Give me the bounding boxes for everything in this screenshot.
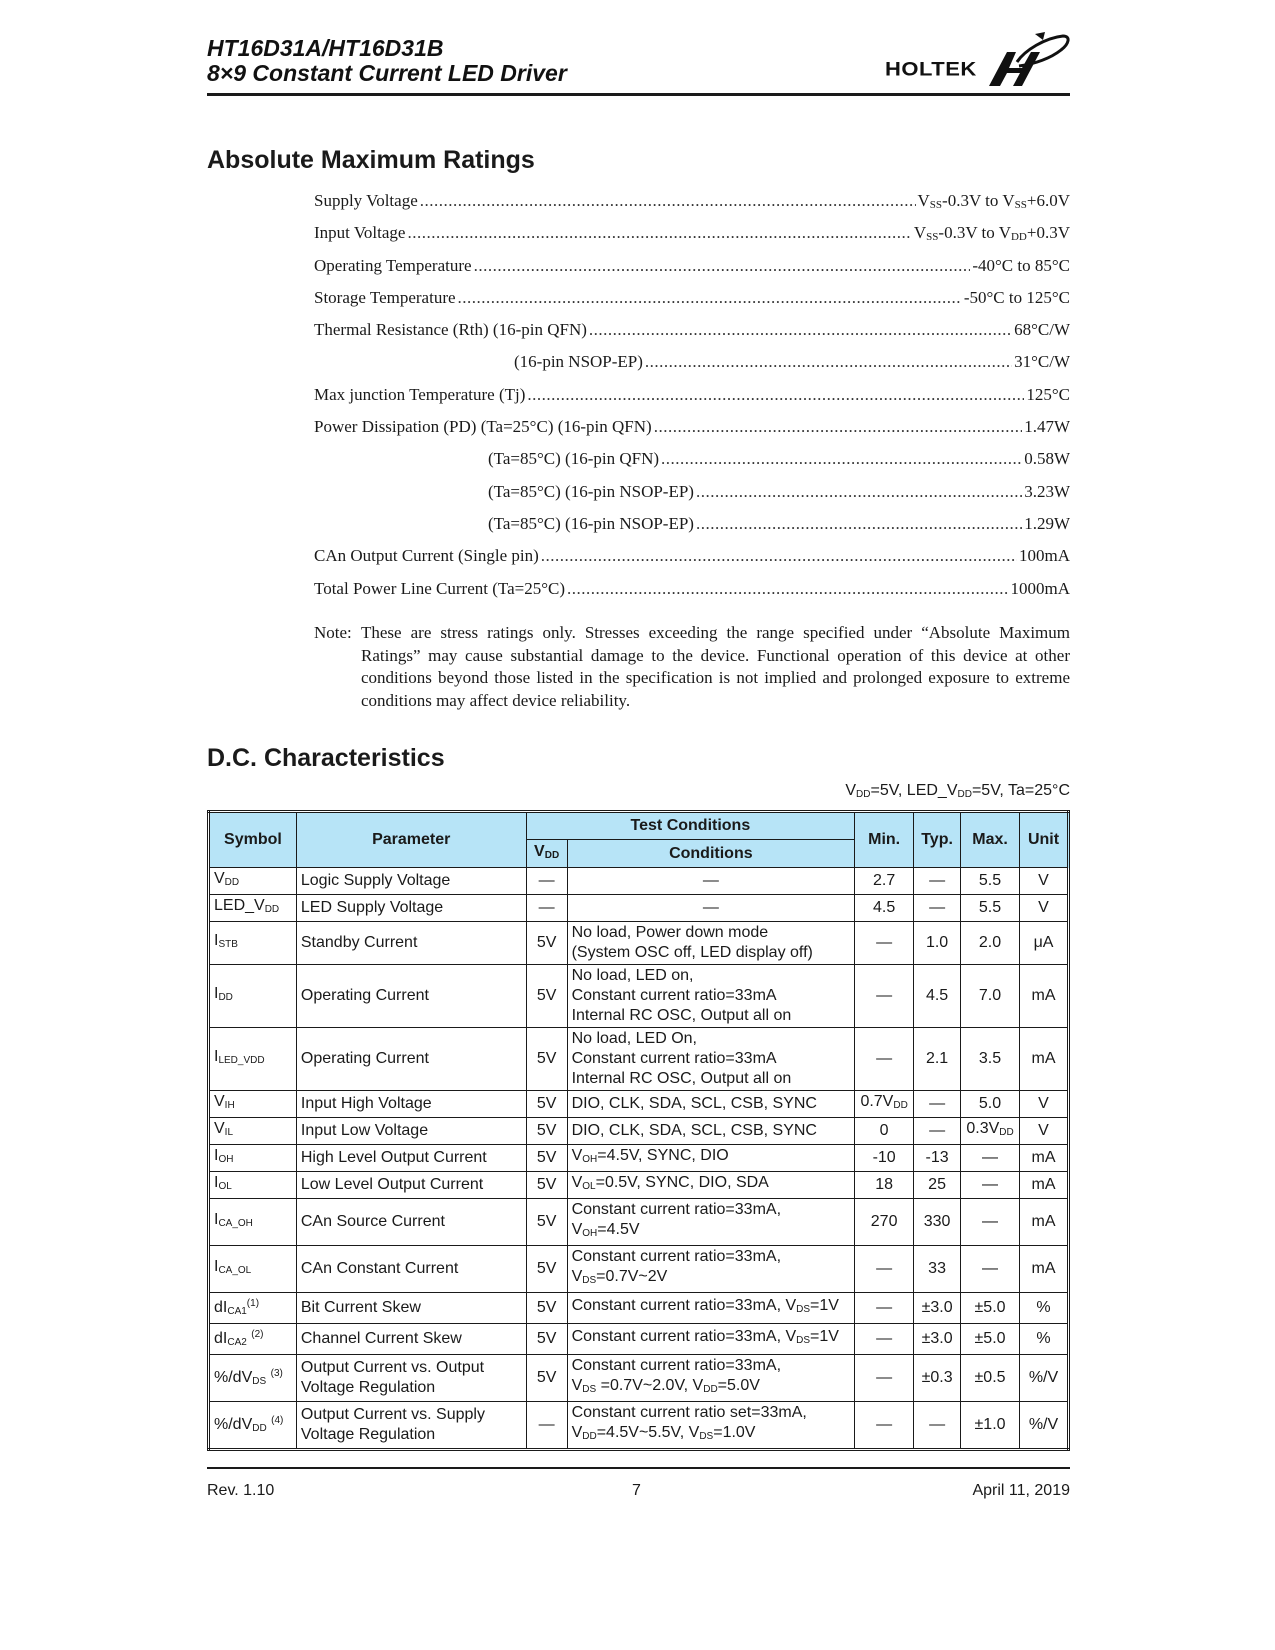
holtek-emblem-icon bbox=[885, 28, 1070, 90]
cell-max: 5.5 bbox=[961, 895, 1020, 922]
rating-value: 3.23W bbox=[1022, 476, 1070, 508]
cell-vdd: — bbox=[526, 895, 567, 922]
rating-label: Thermal Resistance (Rth) (16-pin QFN) bbox=[314, 314, 589, 346]
cell-min: -10 bbox=[855, 1145, 914, 1172]
rating-value: 125°C bbox=[1024, 379, 1070, 411]
col-header-max: Max. bbox=[961, 812, 1020, 868]
note-label: Note: bbox=[314, 622, 361, 645]
rating-row: Max junction Temperature (Tj) 125°C bbox=[314, 379, 1070, 411]
col-header-symbol: Symbol bbox=[209, 812, 297, 868]
cell-min: — bbox=[855, 1293, 914, 1324]
rating-label: (Ta=85°C) (16-pin NSOP-EP) bbox=[488, 508, 696, 540]
table-row: ISTBStandby Current5VNo load, Power down… bbox=[209, 922, 1069, 965]
cell-min: — bbox=[855, 922, 914, 965]
cell-conditions: DIO, CLK, SDA, SCL, CSB, SYNC bbox=[567, 1091, 855, 1118]
cell-symbol: IDD bbox=[209, 965, 297, 1028]
cell-max: — bbox=[961, 1199, 1020, 1246]
cell-max: 5.0 bbox=[961, 1091, 1020, 1118]
cell-typ: 4.5 bbox=[914, 965, 961, 1028]
cell-conditions: DIO, CLK, SDA, SCL, CSB, SYNC bbox=[567, 1118, 855, 1145]
cell-max: 3.5 bbox=[961, 1028, 1020, 1091]
table-row: dICA1(1)Bit Current Skew5VConstant curre… bbox=[209, 1293, 1069, 1324]
cell-vdd: 5V bbox=[526, 1246, 567, 1293]
cell-max: — bbox=[961, 1246, 1020, 1293]
cell-symbol: LED_VDD bbox=[209, 895, 297, 922]
cell-vdd: 5V bbox=[526, 965, 567, 1028]
col-header-unit: Unit bbox=[1020, 812, 1069, 868]
cell-parameter: CAn Constant Current bbox=[296, 1246, 526, 1293]
rating-label: Storage Temperature bbox=[314, 282, 458, 314]
dc-characteristics-table: Symbol Parameter Test Conditions Min. Ty… bbox=[207, 810, 1070, 1451]
cell-typ: 33 bbox=[914, 1246, 961, 1293]
cell-min: 2.7 bbox=[855, 868, 914, 895]
cell-unit: μA bbox=[1020, 922, 1069, 965]
cell-typ: 25 bbox=[914, 1172, 961, 1199]
dot-leader bbox=[567, 573, 1009, 605]
cell-min: 18 bbox=[855, 1172, 914, 1199]
cell-vdd: 5V bbox=[526, 1199, 567, 1246]
rating-row: (Ta=85°C) (16-pin NSOP-EP)1.29W bbox=[314, 508, 1070, 540]
cell-max: 0.3VDD bbox=[961, 1118, 1020, 1145]
dot-leader bbox=[661, 443, 1022, 475]
rating-label: Supply Voltage bbox=[314, 185, 420, 217]
cell-vdd: 5V bbox=[526, 922, 567, 965]
cell-min: — bbox=[855, 1402, 914, 1450]
cell-typ: — bbox=[914, 1402, 961, 1450]
abs-max-note: Note: These are stress ratings only. Str… bbox=[314, 622, 1070, 712]
cell-parameter: Bit Current Skew bbox=[296, 1293, 526, 1324]
rating-label: Input Voltage bbox=[314, 217, 407, 249]
cell-vdd: 5V bbox=[526, 1324, 567, 1355]
holtek-logo: HOLTEK bbox=[885, 28, 1070, 90]
rating-label: (Ta=85°C) (16-pin QFN) bbox=[488, 443, 661, 475]
cell-typ: — bbox=[914, 1091, 961, 1118]
cell-conditions: Constant current ratio set=33mA,VDD=4.5V… bbox=[567, 1402, 855, 1450]
rating-value: -50°C to 125°C bbox=[962, 282, 1070, 314]
table-row: dICA2 (2)Channel Current Skew5VConstant … bbox=[209, 1324, 1069, 1355]
cell-vdd: 5V bbox=[526, 1145, 567, 1172]
rating-row: Storage Temperature -50°C to 125°C bbox=[314, 282, 1070, 314]
dot-leader bbox=[696, 476, 1022, 508]
cell-vdd: — bbox=[526, 868, 567, 895]
rating-row: (Ta=85°C) (16-pin QFN) 0.58W bbox=[314, 443, 1070, 475]
rating-value: VSS-0.3V to VDD+0.3V bbox=[912, 217, 1070, 249]
cell-parameter: LED Supply Voltage bbox=[296, 895, 526, 922]
rating-value: VSS-0.3V to VSS+6.0V bbox=[916, 185, 1070, 217]
cell-typ: — bbox=[914, 868, 961, 895]
cell-max: — bbox=[961, 1172, 1020, 1199]
dc-test-conditions: VDD=5V, LED_VDD=5V, Ta=25°C bbox=[845, 782, 1070, 800]
cell-max: 2.0 bbox=[961, 922, 1020, 965]
cell-typ: — bbox=[914, 895, 961, 922]
cell-unit: % bbox=[1020, 1293, 1069, 1324]
col-header-typ: Typ. bbox=[914, 812, 961, 868]
table-row: VDDLogic Supply Voltage——2.7—5.5V bbox=[209, 868, 1069, 895]
cell-conditions: — bbox=[567, 895, 855, 922]
table-row: ICA_OLCAn Constant Current5VConstant cur… bbox=[209, 1246, 1069, 1293]
rating-row: (16-pin NSOP-EP) 31°C/W bbox=[314, 346, 1070, 378]
cell-conditions: No load, Power down mode(System OSC off,… bbox=[567, 922, 855, 965]
cell-typ: ±3.0 bbox=[914, 1324, 961, 1355]
cell-min: — bbox=[855, 1355, 914, 1402]
dot-leader bbox=[696, 508, 1022, 540]
cell-vdd: — bbox=[526, 1402, 567, 1450]
dot-leader bbox=[527, 379, 1024, 411]
rating-row: Operating Temperature -40°C to 85°C bbox=[314, 250, 1070, 282]
cell-min: 270 bbox=[855, 1199, 914, 1246]
cell-vdd: 5V bbox=[526, 1091, 567, 1118]
cell-symbol: VIH bbox=[209, 1091, 297, 1118]
rating-row: Total Power Line Current (Ta=25°C) 1000m… bbox=[314, 573, 1070, 605]
rating-row: Thermal Resistance (Rth) (16-pin QFN) 68… bbox=[314, 314, 1070, 346]
cell-vdd: 5V bbox=[526, 1355, 567, 1402]
dot-leader bbox=[420, 185, 916, 217]
dot-leader bbox=[474, 250, 971, 282]
cell-min: 4.5 bbox=[855, 895, 914, 922]
rating-label: (Ta=85°C) (16-pin NSOP-EP) bbox=[488, 476, 696, 508]
table-row: ILED_VDDOperating Current5VNo load, LED … bbox=[209, 1028, 1069, 1091]
cell-unit: mA bbox=[1020, 1028, 1069, 1091]
rating-value: 31°C/W bbox=[1012, 346, 1070, 378]
col-header-conditions: Conditions bbox=[567, 840, 855, 868]
cell-conditions: VOL=0.5V, SYNC, DIO, SDA bbox=[567, 1172, 855, 1199]
cell-min: — bbox=[855, 965, 914, 1028]
cell-symbol: VIL bbox=[209, 1118, 297, 1145]
rating-value: 1.47W bbox=[1022, 411, 1070, 443]
cell-max: ±1.0 bbox=[961, 1402, 1020, 1450]
cell-unit: %/V bbox=[1020, 1402, 1069, 1450]
col-header-vdd: VDD bbox=[526, 840, 567, 868]
rating-row: Power Dissipation (PD) (Ta=25°C) (16-pin… bbox=[314, 411, 1070, 443]
rating-row: Input Voltage VSS-0.3V to VDD+0.3V bbox=[314, 217, 1070, 249]
cell-unit: mA bbox=[1020, 1145, 1069, 1172]
header-rule bbox=[207, 93, 1070, 96]
note-text: These are stress ratings only. Stresses … bbox=[361, 622, 1070, 712]
cell-vdd: 5V bbox=[526, 1118, 567, 1145]
cell-typ: 2.1 bbox=[914, 1028, 961, 1091]
table-row: IOHHigh Level Output Current5VVOH=4.5V, … bbox=[209, 1145, 1069, 1172]
cell-symbol: VDD bbox=[209, 868, 297, 895]
table-row: ICA_OHCAn Source Current5VConstant curre… bbox=[209, 1199, 1069, 1246]
cell-symbol: ISTB bbox=[209, 922, 297, 965]
cell-conditions: Constant current ratio=33mA, VDS=1V bbox=[567, 1324, 855, 1355]
cell-symbol: dICA2 (2) bbox=[209, 1324, 297, 1355]
cell-unit: V bbox=[1020, 1091, 1069, 1118]
cell-typ: 330 bbox=[914, 1199, 961, 1246]
cell-max: ±5.0 bbox=[961, 1293, 1020, 1324]
abs-max-ratings-list: Supply Voltage VSS-0.3V to VSS+6.0VInput… bbox=[314, 185, 1070, 605]
cell-max: ±0.5 bbox=[961, 1355, 1020, 1402]
rating-value: 0.58W bbox=[1022, 443, 1070, 475]
cell-vdd: 5V bbox=[526, 1293, 567, 1324]
cell-parameter: Low Level Output Current bbox=[296, 1172, 526, 1199]
cell-unit: mA bbox=[1020, 1246, 1069, 1293]
cell-parameter: Channel Current Skew bbox=[296, 1324, 526, 1355]
dot-leader bbox=[458, 282, 962, 314]
cell-unit: mA bbox=[1020, 1199, 1069, 1246]
cell-unit: mA bbox=[1020, 965, 1069, 1028]
cell-vdd: 5V bbox=[526, 1172, 567, 1199]
cell-symbol: ICA_OH bbox=[209, 1199, 297, 1246]
table-row: %/dVDS (3)Output Current vs. OutputVolta… bbox=[209, 1355, 1069, 1402]
cell-conditions: Constant current ratio=33mA,VDS=0.7V~2V bbox=[567, 1246, 855, 1293]
cell-typ: ±3.0 bbox=[914, 1293, 961, 1324]
cell-parameter: Input High Voltage bbox=[296, 1091, 526, 1118]
cell-conditions: Constant current ratio=33mA, VDS=1V bbox=[567, 1293, 855, 1324]
cell-unit: %/V bbox=[1020, 1355, 1069, 1402]
table-row: VIHInput High Voltage5VDIO, CLK, SDA, SC… bbox=[209, 1091, 1069, 1118]
cell-max: — bbox=[961, 1145, 1020, 1172]
cell-unit: mA bbox=[1020, 1172, 1069, 1199]
table-row: %/dVDD (4)Output Current vs. SupplyVolta… bbox=[209, 1402, 1069, 1450]
footer-date: April 11, 2019 bbox=[972, 1482, 1070, 1500]
table-row: VILInput Low Voltage5VDIO, CLK, SDA, SCL… bbox=[209, 1118, 1069, 1145]
rating-value: 100mA bbox=[1017, 540, 1070, 572]
table-row: IDDOperating Current5VNo load, LED on,Co… bbox=[209, 965, 1069, 1028]
cell-parameter: Logic Supply Voltage bbox=[296, 868, 526, 895]
footer-page-number: 7 bbox=[632, 1482, 641, 1500]
cell-unit: % bbox=[1020, 1324, 1069, 1355]
cell-conditions: Constant current ratio=33mA,VDS =0.7V~2.… bbox=[567, 1355, 855, 1402]
cell-parameter: Operating Current bbox=[296, 1028, 526, 1091]
dc-table-body: VDDLogic Supply Voltage——2.7—5.5VLED_VDD… bbox=[209, 868, 1069, 1450]
rating-row: (Ta=85°C) (16-pin NSOP-EP)3.23W bbox=[314, 476, 1070, 508]
rating-value: 1000mA bbox=[1009, 573, 1071, 605]
cell-symbol: ICA_OL bbox=[209, 1246, 297, 1293]
cell-conditions: No load, LED On,Constant current ratio=3… bbox=[567, 1028, 855, 1091]
col-header-min: Min. bbox=[855, 812, 914, 868]
cell-unit: V bbox=[1020, 868, 1069, 895]
dot-leader bbox=[589, 314, 1012, 346]
cell-symbol: ILED_VDD bbox=[209, 1028, 297, 1091]
table-row: IOLLow Level Output Current5VVOL=0.5V, S… bbox=[209, 1172, 1069, 1199]
cell-typ: -13 bbox=[914, 1145, 961, 1172]
rating-label: CAn Output Current (Single pin) bbox=[314, 540, 541, 572]
cell-min: 0 bbox=[855, 1118, 914, 1145]
cell-typ: 1.0 bbox=[914, 922, 961, 965]
dot-leader bbox=[654, 411, 1023, 443]
rating-value: 68°C/W bbox=[1012, 314, 1070, 346]
rating-label: Max junction Temperature (Tj) bbox=[314, 379, 527, 411]
dot-leader bbox=[407, 217, 911, 249]
dot-leader bbox=[645, 346, 1012, 378]
footer-revision: Rev. 1.10 bbox=[207, 1482, 274, 1500]
col-header-parameter: Parameter bbox=[296, 812, 526, 868]
cell-parameter: Output Current vs. SupplyVoltage Regulat… bbox=[296, 1402, 526, 1450]
cell-unit: V bbox=[1020, 1118, 1069, 1145]
col-header-test-conditions: Test Conditions bbox=[526, 812, 855, 840]
rating-value: -40°C to 85°C bbox=[970, 250, 1070, 282]
cell-parameter: Input Low Voltage bbox=[296, 1118, 526, 1145]
footer-rule bbox=[207, 1467, 1070, 1469]
cell-conditions: — bbox=[567, 868, 855, 895]
cell-typ: ±0.3 bbox=[914, 1355, 961, 1402]
rating-label: Operating Temperature bbox=[314, 250, 474, 282]
cell-parameter: CAn Source Current bbox=[296, 1199, 526, 1246]
cell-symbol: IOL bbox=[209, 1172, 297, 1199]
cell-parameter: Operating Current bbox=[296, 965, 526, 1028]
cell-symbol: dICA1(1) bbox=[209, 1293, 297, 1324]
cell-symbol: %/dVDS (3) bbox=[209, 1355, 297, 1402]
cell-symbol: IOH bbox=[209, 1145, 297, 1172]
cell-min: — bbox=[855, 1028, 914, 1091]
rating-row: CAn Output Current (Single pin) 100mA bbox=[314, 540, 1070, 572]
cell-conditions: VOH=4.5V, SYNC, DIO bbox=[567, 1145, 855, 1172]
rating-label: Total Power Line Current (Ta=25°C) bbox=[314, 573, 567, 605]
dot-leader bbox=[541, 540, 1017, 572]
cell-max: ±5.0 bbox=[961, 1324, 1020, 1355]
cell-unit: V bbox=[1020, 895, 1069, 922]
section-heading-dc: D.C. Characteristics bbox=[207, 744, 445, 773]
cell-min: — bbox=[855, 1324, 914, 1355]
cell-parameter: High Level Output Current bbox=[296, 1145, 526, 1172]
cell-parameter: Output Current vs. OutputVoltage Regulat… bbox=[296, 1355, 526, 1402]
table-row: LED_VDDLED Supply Voltage——4.5—5.5V bbox=[209, 895, 1069, 922]
rating-row: Supply Voltage VSS-0.3V to VSS+6.0V bbox=[314, 185, 1070, 217]
section-heading-abs-max: Absolute Maximum Ratings bbox=[207, 146, 535, 175]
cell-min: 0.7VDD bbox=[855, 1091, 914, 1118]
cell-max: 5.5 bbox=[961, 868, 1020, 895]
cell-symbol: %/dVDD (4) bbox=[209, 1402, 297, 1450]
cell-min: — bbox=[855, 1246, 914, 1293]
cell-typ: — bbox=[914, 1118, 961, 1145]
cell-vdd: 5V bbox=[526, 1028, 567, 1091]
cell-conditions: Constant current ratio=33mA,VOH=4.5V bbox=[567, 1199, 855, 1246]
rating-value: 1.29W bbox=[1022, 508, 1070, 540]
rating-label: Power Dissipation (PD) (Ta=25°C) (16-pin… bbox=[314, 411, 654, 443]
page-header: HT16D31A/HT16D31B 8×9 Constant Current L… bbox=[207, 36, 1070, 96]
cell-parameter: Standby Current bbox=[296, 922, 526, 965]
cell-conditions: No load, LED on,Constant current ratio=3… bbox=[567, 965, 855, 1028]
cell-max: 7.0 bbox=[961, 965, 1020, 1028]
rating-label: (16-pin NSOP-EP) bbox=[514, 346, 645, 378]
